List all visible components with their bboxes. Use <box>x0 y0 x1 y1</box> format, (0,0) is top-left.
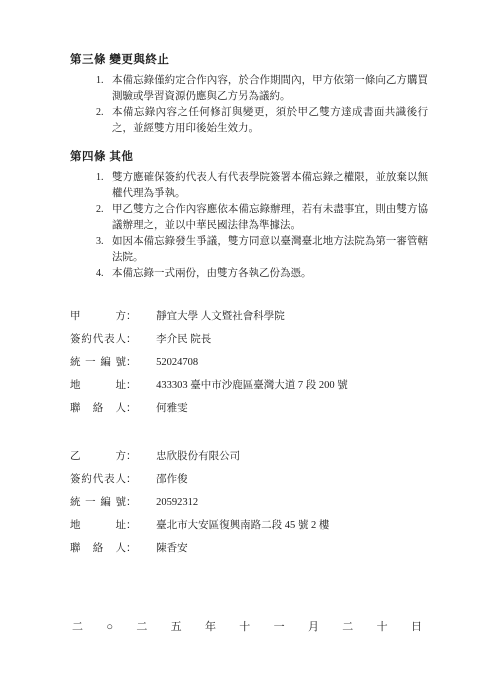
field-colon: ： <box>126 497 137 508</box>
field-colon: ： <box>126 520 137 531</box>
date-char: 一 <box>274 621 285 634</box>
clause-text: 本備忘錄僅約定合作內容，於合作期間內，甲方依第一條向乙方購買測驗或學習資源仍應與… <box>112 73 428 105</box>
clause-text: 本備忘錄內容之任何修訂與變更，須於甲乙雙方達成書面共識後行之，並經雙方用印後始生… <box>112 105 428 137</box>
clause-item: 1. 雙方應確保簽約代表人有代表學院簽署本備忘錄之權限，並放棄以無權代理為爭執。 <box>70 170 430 202</box>
field-colon: ： <box>126 311 137 322</box>
field-colon: ： <box>126 474 137 485</box>
clause-number: 3. <box>96 234 112 266</box>
field-colon: ： <box>126 403 137 414</box>
field-value: 20592312 <box>156 497 198 508</box>
clause-number: 1. <box>96 73 112 105</box>
article-4-heading: 第四條 其他 <box>70 149 430 165</box>
field-value: 靜宜大學 人文暨社會科學院 <box>156 311 285 322</box>
field-colon: ： <box>126 451 137 462</box>
party-a-contact-row: 聯絡人： 何雅雯 <box>70 403 450 414</box>
field-value: 433303 臺中市沙鹿區臺灣大道 7 段 200 號 <box>156 380 348 391</box>
article-4-clause-list: 1. 雙方應確保簽約代表人有代表學院簽署本備忘錄之權限，並放棄以無權代理為爭執。… <box>70 170 430 282</box>
date-char: 二 <box>342 621 353 634</box>
clause-item: 2. 甲乙雙方之合作內容應依本備忘錄辦理，若有未盡事宜，則由雙方協議辦理之，並以… <box>70 202 430 234</box>
clause-item: 3. 如因本備忘錄發生爭議，雙方同意以臺灣臺北地方法院為第一審管轄法院。 <box>70 234 430 266</box>
field-value: 陳香安 <box>156 543 188 554</box>
date-char: 月 <box>308 621 319 634</box>
date-char: 十 <box>239 621 250 634</box>
clause-number: 1. <box>96 170 112 202</box>
clause-number: 4. <box>96 266 112 282</box>
date-char: 十 <box>377 621 388 634</box>
field-label: 乙方 <box>70 451 126 462</box>
party-a-block: 甲方： 靜宜大學 人文暨社會科學院 簽約代表人： 李介民 院長 統一編號： 52… <box>70 311 450 426</box>
date-char: 二 <box>136 621 147 634</box>
contract-page: 第三條 變更與終止 1. 本備忘錄僅約定合作內容，於合作期間內，甲方依第一條向乙… <box>0 0 494 700</box>
article-3-heading: 第三條 變更與終止 <box>70 52 430 68</box>
field-label: 簽約代表人 <box>70 474 126 485</box>
party-b-tax-id-row: 統一編號： 20592312 <box>70 497 450 508</box>
party-b-contact-row: 聯絡人： 陳香安 <box>70 543 450 554</box>
date-char: 年 <box>205 621 216 634</box>
clause-number: 2. <box>96 105 112 137</box>
party-b-representative-row: 簽約代表人： 邵作俊 <box>70 474 450 485</box>
party-a-name-row: 甲方： 靜宜大學 人文暨社會科學院 <box>70 311 450 322</box>
clause-text: 雙方應確保簽約代表人有代表學院簽署本備忘錄之權限，並放棄以無權代理為爭執。 <box>112 170 428 202</box>
article-3-clause-list: 1. 本備忘錄僅約定合作內容，於合作期間內，甲方依第一條向乙方購買測驗或學習資源… <box>70 73 430 137</box>
date-char: ○ <box>106 621 113 634</box>
field-label: 簽約代表人 <box>70 334 126 345</box>
field-colon: ： <box>126 543 137 554</box>
date-char: 五 <box>171 621 182 634</box>
clause-item: 2. 本備忘錄內容之任何修訂與變更，須於甲乙雙方達成書面共識後行之，並經雙方用印… <box>70 105 430 137</box>
field-value: 忠欣股份有限公司 <box>156 451 240 462</box>
field-value: 邵作俊 <box>156 474 188 485</box>
field-colon: ： <box>126 357 137 368</box>
clause-text: 本備忘錄一式兩份，由雙方各執乙份為憑。 <box>112 266 428 282</box>
field-label: 地址 <box>70 520 126 531</box>
field-label: 地址 <box>70 380 126 391</box>
field-label: 聯絡人 <box>70 403 126 414</box>
field-colon: ： <box>126 334 137 345</box>
field-label: 統一編號 <box>70 497 126 508</box>
field-value: 臺北市大安區復興南路二段 45 號 2 樓 <box>156 520 329 531</box>
clause-item: 4. 本備忘錄一式兩份，由雙方各執乙份為憑。 <box>70 266 430 282</box>
article-4-section: 第四條 其他 1. 雙方應確保簽約代表人有代表學院簽署本備忘錄之權限，並放棄以無… <box>70 149 430 282</box>
article-3-section: 第三條 變更與終止 1. 本備忘錄僅約定合作內容，於合作期間內，甲方依第一條向乙… <box>70 52 430 137</box>
field-label: 聯絡人 <box>70 543 126 554</box>
field-colon: ： <box>126 380 137 391</box>
date-line: 二 ○ 二 五 年 十 一 月 二 十 日 <box>72 621 422 634</box>
clause-item: 1. 本備忘錄僅約定合作內容，於合作期間內，甲方依第一條向乙方購買測驗或學習資源… <box>70 73 430 105</box>
party-b-address-row: 地址： 臺北市大安區復興南路二段 45 號 2 樓 <box>70 520 450 531</box>
field-label: 統一編號 <box>70 357 126 368</box>
clause-text: 如因本備忘錄發生爭議，雙方同意以臺灣臺北地方法院為第一審管轄法院。 <box>112 234 428 266</box>
field-value: 李介民 院長 <box>156 334 211 345</box>
party-a-representative-row: 簽約代表人： 李介民 院長 <box>70 334 450 345</box>
party-b-block: 乙方： 忠欣股份有限公司 簽約代表人： 邵作俊 統一編號： 20592312 地… <box>70 451 450 566</box>
party-b-name-row: 乙方： 忠欣股份有限公司 <box>70 451 450 462</box>
clause-number: 2. <box>96 202 112 234</box>
field-label: 甲方 <box>70 311 126 322</box>
field-value: 何雅雯 <box>156 403 188 414</box>
party-a-address-row: 地址： 433303 臺中市沙鹿區臺灣大道 7 段 200 號 <box>70 380 450 391</box>
clause-text: 甲乙雙方之合作內容應依本備忘錄辦理，若有未盡事宜，則由雙方協議辦理之，並以中華民… <box>112 202 428 234</box>
party-a-tax-id-row: 統一編號： 52024708 <box>70 357 450 368</box>
field-value: 52024708 <box>156 357 198 368</box>
date-char: 二 <box>72 621 83 634</box>
date-char: 日 <box>411 621 422 634</box>
